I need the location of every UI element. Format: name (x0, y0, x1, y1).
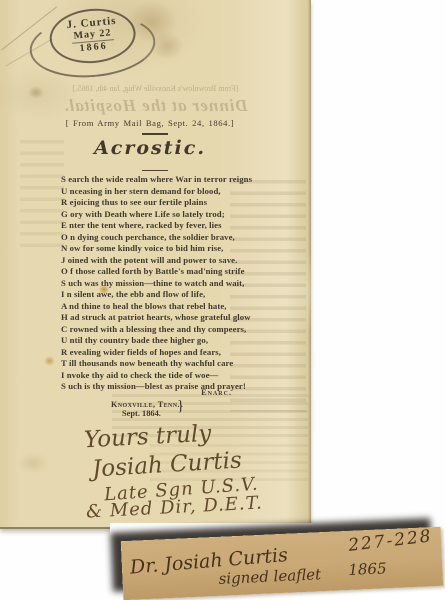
scanned-document-photo: J. Curtis May 22 1866 [From Brownlow's K… (0, 0, 445, 600)
poem-line: O n dying couch perchance, the soldier b… (61, 232, 252, 244)
paper-stain (16, 452, 50, 474)
document-page: J. Curtis May 22 1866 [From Brownlow's K… (0, 0, 311, 529)
paper-stain (99, 285, 109, 294)
poem-line: G ory with Death where Life so lately tr… (61, 209, 252, 221)
poem-line: A nd thine to heal the blows that rebel … (61, 301, 252, 313)
poem-line: S uch was thy mission—thine to watch and… (61, 278, 252, 290)
dateline-place: Knoxville, Tenn., (111, 400, 182, 409)
poem-line: N ow for some kindly voice to bid him ri… (61, 243, 252, 255)
poem-line: J oined with the potent will and power t… (61, 255, 252, 267)
document-title: Acrostic. (0, 137, 300, 159)
poem-line: I n silent awe, the ebb and flow of life… (61, 289, 252, 301)
poem-line: T ill thousands now beneath thy wachful … (61, 358, 252, 370)
poem-line: R evealing wider fields of hopes and fea… (61, 347, 252, 359)
poem-line: I nvoke thy aid to check the tide of woe… (61, 370, 252, 382)
poem-line: C rowned with a blessing thee and thy co… (61, 324, 252, 336)
poem-line: S earch the wide realm where War in terr… (61, 174, 252, 186)
bleedthrough-title: Dinner at the Hospital. (0, 96, 311, 116)
paper-stain (150, 32, 184, 60)
bleedthrough-source-line: [From Brownlow's Knoxville Whig, Jan 4th… (0, 84, 311, 93)
poem-line: R ejoicing thus to see our fertile plain… (61, 197, 252, 209)
dealer-label-strip: Dr. Josiah Curtis 227-228 signed leaflet… (121, 527, 443, 600)
owner-date-stamp: J. Curtis May 22 1866 (35, 1, 149, 78)
dateline-date: Sept. 1864. (122, 409, 161, 418)
paper-stain (44, 356, 55, 366)
label-page-numbers: 227-228 (348, 526, 434, 556)
acrostic-poem: S earch the wide realm where War in terr… (61, 174, 252, 393)
author-pseudonym: Enarc. (62, 388, 232, 397)
publication-source-line: [ From Army Mail Bag, Sept. 24, 1864.] (0, 118, 300, 128)
poem-line: H ad struck at patriot hearts, whose gra… (61, 312, 252, 324)
poem-line: O f those called forth by Battle's mad'n… (61, 266, 252, 278)
poem-line: U nceasing in her stern demand for blood… (61, 186, 252, 198)
dateline-brace: } (177, 398, 184, 415)
dealer-label-photo: Dr. Josiah Curtis 227-228 signed leaflet… (110, 523, 445, 600)
label-description: signed leaflet (218, 565, 321, 588)
label-year: 1865 (348, 559, 387, 579)
separator-rule (142, 170, 168, 171)
poem-line: E nter the tent where, racked by fever, … (61, 220, 252, 232)
separator-rule (142, 133, 168, 135)
poem-line: U ntil thy country bade thee higher go, (61, 335, 252, 347)
